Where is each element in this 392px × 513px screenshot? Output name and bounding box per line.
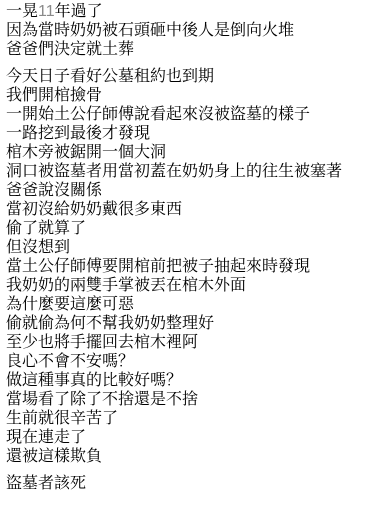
post-body: 一晃11年過了因為當時奶奶被石頭砸中後人是倒向火堆爸爸們決定就土葬今天日子看好公… xyxy=(0,0,392,513)
inline-number: 11 xyxy=(38,3,55,20)
text-line: 因為當時奶奶被石頭砸中後人是倒向火堆 xyxy=(6,21,388,40)
text-line: 生前就很辛苦了 xyxy=(6,409,388,428)
text-line: 現在連走了 xyxy=(6,428,388,447)
text-line: 我奶奶的兩雙手掌被丟在棺木外面 xyxy=(6,276,388,295)
text-line: 一開始土公仔師傅說看起來沒被盜墓的樣子 xyxy=(6,105,388,124)
text-line: 良心不會不安嗎？ xyxy=(6,352,388,371)
paragraph: 一晃11年過了因為當時奶奶被石頭砸中後人是倒向火堆爸爸們決定就土葬 xyxy=(6,2,388,59)
text-line: 為什麼要這麼可惡 xyxy=(6,295,388,314)
text-line: 我們開棺撿骨 xyxy=(6,86,388,105)
text-line: 還被這樣欺負 xyxy=(6,447,388,466)
text-line: 做這種事真的比較好嗎？ xyxy=(6,371,388,390)
text-line: 偷了就算了 xyxy=(6,219,388,238)
text-line: 洞口被盜墓者用當初蓋在奶奶身上的往生被塞著 xyxy=(6,162,388,181)
text-line: 當土公仔師傅要開棺前把被子抽起來時發現 xyxy=(6,257,388,276)
text-line: 爸爸說沒關係 xyxy=(6,181,388,200)
paragraph: 盜墓者該死 xyxy=(6,474,388,493)
text-line: 但沒想到 xyxy=(6,238,388,257)
text-line: 一晃11年過了 xyxy=(6,2,388,21)
text-line: 今天日子看好公墓租約也到期 xyxy=(6,67,388,86)
text-line: 至少也將手擺回去棺木裡阿 xyxy=(6,333,388,352)
text-line: 棺木旁被鋸開一個大洞 xyxy=(6,143,388,162)
text-line: 爸爸們決定就土葬 xyxy=(6,40,388,59)
text-line: 一路挖到最後才發現 xyxy=(6,124,388,143)
text-line: 當場看了除了不捨還是不捨 xyxy=(6,390,388,409)
paragraph: 今天日子看好公墓租約也到期我們開棺撿骨一開始土公仔師傅說看起來沒被盜墓的樣子一路… xyxy=(6,67,388,466)
text-line: 偷就偷為何不幫我奶奶整理好 xyxy=(6,314,388,333)
text-line: 當初沒給奶奶戴很多東西 xyxy=(6,200,388,219)
text-line: 盜墓者該死 xyxy=(6,474,388,493)
